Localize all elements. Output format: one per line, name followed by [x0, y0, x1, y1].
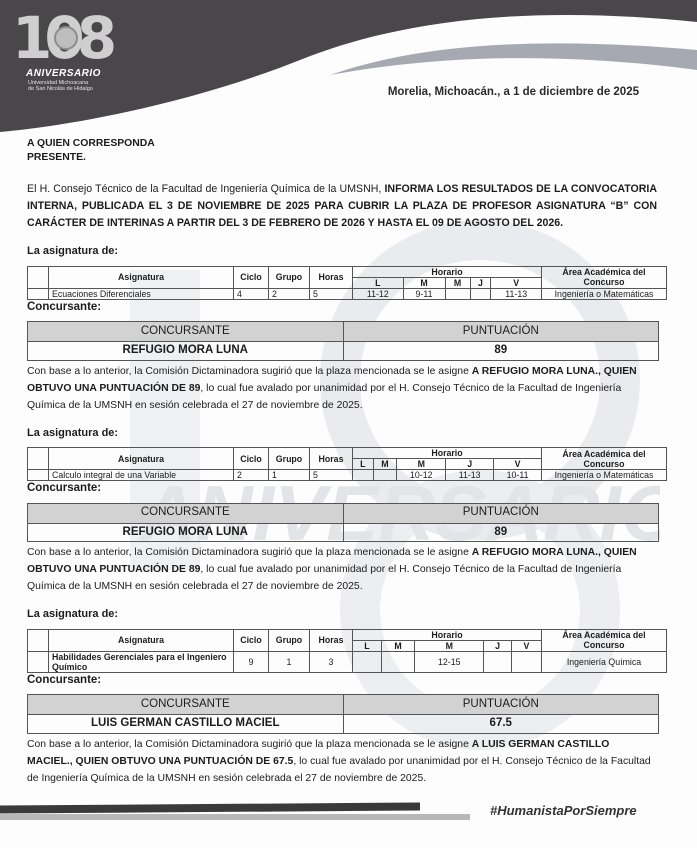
table-row: REFUGIO MORA LUNA 89 [28, 523, 659, 542]
result-paragraph: Con base a lo anterior, la Comisión Dict… [27, 363, 657, 414]
header-puntuacion: PUNTUACIÓN [343, 503, 659, 523]
header-horas: Horas [310, 629, 353, 651]
contestant-section-label: Concursante: [27, 673, 657, 689]
result-paragraph: Con base a lo anterior, la Comisión Dict… [27, 544, 657, 595]
greeting: A QUIEN CORRESPONDA PRESENTE. [27, 137, 657, 165]
subject-area: Ingeniería Química [542, 651, 667, 672]
subject-grupo: 2 [269, 288, 310, 299]
subject-grupo: 1 [269, 470, 310, 481]
blank-cell [28, 288, 49, 299]
contestant-table: CONCURSANTE PUNTUACIÓN REFUGIO MORA LUNA… [27, 503, 659, 543]
header-horas: Horas [310, 448, 353, 470]
header-concursante: CONCURSANTE [28, 695, 344, 715]
subject-table: Asignatura Ciclo Grupo Horas Horario Áre… [27, 629, 667, 673]
footer-bar-light [0, 814, 470, 820]
subject-name: Habilidades Gerenciales para el Ingenier… [49, 651, 234, 672]
header-asignatura: Asignatura [49, 266, 234, 288]
header-area: Área Académica del Concurso [542, 629, 667, 651]
logo-title: ANIVERSARIO [26, 68, 101, 79]
table-row: Calculo integral de una Variable 2 1 5 1… [28, 470, 667, 481]
intro-text: El H. Consejo Técnico de la Facultad de … [27, 183, 384, 195]
day-header: M [445, 277, 470, 288]
subject-section: La asignatura de: Asignatura Ciclo Grupo… [27, 607, 657, 787]
header-area: Área Académica del Concurso [542, 266, 667, 288]
header-asignatura: Asignatura [49, 629, 234, 651]
header-horario: Horario [353, 448, 542, 459]
header-area: Área Académica del Concurso [542, 448, 667, 470]
header-horas: Horas [310, 266, 353, 288]
table-row: REFUGIO MORA LUNA 89 [28, 342, 659, 361]
schedule-cell: 11-12 [353, 288, 404, 299]
subject-ciclo: 4 [234, 288, 269, 299]
header-grupo: Grupo [269, 629, 310, 651]
subject-horas: 3 [310, 651, 353, 672]
result-text: Con base a lo anterior, la Comisión Dict… [27, 547, 472, 558]
day-header: M [415, 640, 484, 651]
schedule-cell: 11-13 [491, 288, 542, 299]
day-header: M [397, 459, 446, 470]
schedule-cell [445, 288, 470, 299]
subject-area: Ingeniería o Matemáticas [542, 470, 667, 481]
header-concursante: CONCURSANTE [28, 503, 344, 523]
footer-hashtag: #HumanistaPorSiempre [490, 803, 637, 818]
footer-bar-dark [0, 803, 420, 814]
schedule-cell: 12-15 [415, 651, 484, 672]
blank-header [28, 629, 49, 651]
header-puntuacion: PUNTUACIÓN [343, 322, 659, 342]
letter-body: A QUIEN CORRESPONDA PRESENTE. El H. Cons… [27, 137, 657, 787]
day-header: L [353, 459, 374, 470]
schedule-cell [353, 470, 374, 481]
subject-grupo: 1 [269, 651, 310, 672]
subject-horas: 5 [310, 288, 353, 299]
contestant-section-label: Concursante: [27, 481, 657, 497]
subject-name: Calculo integral de una Variable [49, 470, 234, 481]
contestant-section-label: Concursante: [27, 300, 657, 316]
subject-horas: 5 [310, 470, 353, 481]
day-header: J [446, 459, 494, 470]
intro-paragraph: El H. Consejo Técnico de la Facultad de … [27, 181, 657, 232]
blank-header [28, 266, 49, 288]
header-horario: Horario [353, 266, 542, 277]
table-row: LUIS GERMAN CASTILLO MACIEL 67.5 [28, 715, 659, 734]
contestant-name: REFUGIO MORA LUNA [28, 342, 344, 361]
day-header: M [373, 459, 397, 470]
schedule-cell [484, 651, 512, 672]
day-header: V [494, 459, 542, 470]
header-ciclo: Ciclo [234, 629, 269, 651]
contestant-score: 89 [343, 523, 659, 542]
header-grupo: Grupo [269, 448, 310, 470]
day-header: V [491, 277, 542, 288]
schedule-cell [381, 651, 414, 672]
contestant-score: 67.5 [343, 715, 659, 734]
header-grupo: Grupo [269, 266, 310, 288]
day-header: M [403, 277, 445, 288]
day-header: J [470, 277, 491, 288]
header-ciclo: Ciclo [234, 266, 269, 288]
day-header: L [353, 277, 404, 288]
header-asignatura: Asignatura [49, 448, 234, 470]
header-puntuacion: PUNTUACIÓN [343, 695, 659, 715]
subject-name: Ecuaciones Diferenciales [49, 288, 234, 299]
subject-section-label: La asignatura de: [27, 426, 657, 442]
logo-subtitle-line-2: de San Nicolás de Hidalgo [28, 86, 93, 92]
schedule-cell: 9-11 [403, 288, 445, 299]
contestant-score: 89 [343, 342, 659, 361]
contestant-table: CONCURSANTE PUNTUACIÓN REFUGIO MORA LUNA… [27, 321, 659, 361]
day-header: L [353, 640, 382, 651]
schedule-cell [470, 288, 491, 299]
header-concursante: CONCURSANTE [28, 322, 344, 342]
day-header: M [381, 640, 414, 651]
table-row: Ecuaciones Diferenciales 4 2 5 11-129-11… [28, 288, 667, 299]
sections-container: La asignatura de: Asignatura Ciclo Grupo… [27, 244, 657, 787]
result-text: Con base a lo anterior, la Comisión Dict… [27, 366, 472, 377]
day-header: J [484, 640, 512, 651]
greeting-line-1: A QUIEN CORRESPONDA [27, 137, 657, 151]
subject-section: La asignatura de: Asignatura Ciclo Grupo… [27, 426, 657, 596]
date-line: Morelia, Michoacán., a 1 de diciembre de… [388, 86, 639, 98]
subject-ciclo: 9 [234, 651, 269, 672]
header-horario: Horario [353, 629, 542, 640]
schedule-cell: 10-12 [397, 470, 446, 481]
blank-cell [28, 470, 49, 481]
day-header: V [511, 640, 541, 651]
subject-area: Ingeniería o Matemáticas [542, 288, 667, 299]
greeting-line-2: PRESENTE. [27, 151, 657, 165]
schedule-cell [353, 651, 382, 672]
subject-table: Asignatura Ciclo Grupo Horas Horario Áre… [27, 266, 667, 300]
contestant-name: REFUGIO MORA LUNA [28, 523, 344, 542]
anniversary-logo: 108 ANIVERSARIO Universidad Michoacana d… [8, 10, 120, 88]
subject-ciclo: 2 [234, 470, 269, 481]
subject-section: La asignatura de: Asignatura Ciclo Grupo… [27, 244, 657, 414]
schedule-cell [373, 470, 397, 481]
schedule-cell: 11-13 [446, 470, 494, 481]
blank-cell [28, 651, 49, 672]
schedule-cell: 10-11 [494, 470, 542, 481]
header-ciclo: Ciclo [234, 448, 269, 470]
schedule-cell [511, 651, 541, 672]
contestant-table: CONCURSANTE PUNTUACIÓN LUIS GERMAN CASTI… [27, 694, 659, 734]
subject-table: Asignatura Ciclo Grupo Horas Horario Áre… [27, 447, 667, 481]
university-seal-icon [54, 26, 78, 50]
subject-section-label: La asignatura de: [27, 244, 657, 260]
contestant-name: LUIS GERMAN CASTILLO MACIEL [28, 715, 344, 734]
subject-section-label: La asignatura de: [27, 607, 657, 623]
blank-header [28, 448, 49, 470]
logo-subtitle: Universidad Michoacana de San Nicolás de… [28, 80, 93, 92]
table-row: Habilidades Gerenciales para el Ingenier… [28, 651, 667, 672]
result-paragraph: Con base a lo anterior, la Comisión Dict… [27, 736, 657, 787]
result-text: Con base a lo anterior, la Comisión Dict… [27, 739, 472, 750]
